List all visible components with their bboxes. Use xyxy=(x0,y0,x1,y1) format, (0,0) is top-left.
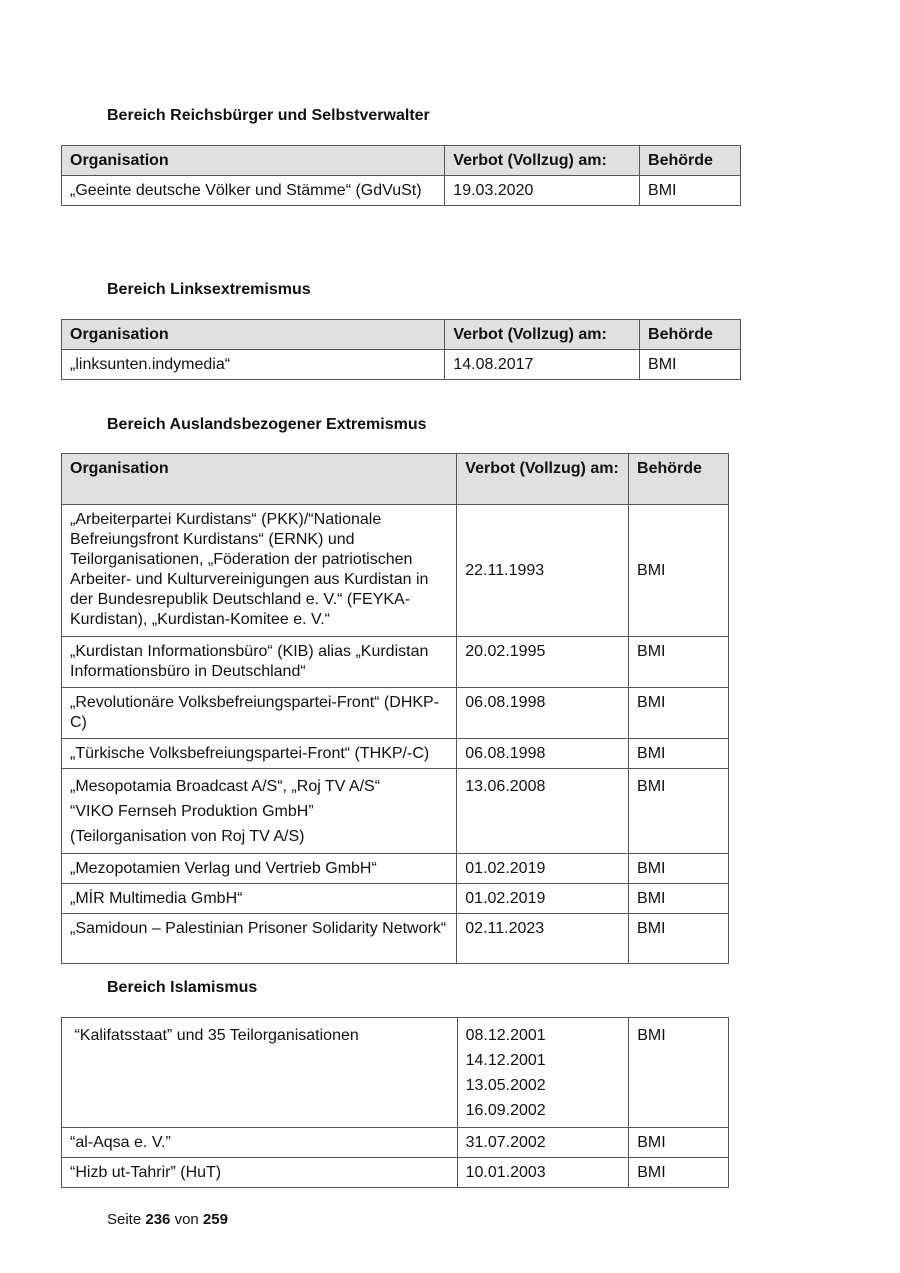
date-line: 16.09.2002 xyxy=(466,1098,621,1123)
cell-organisation: „Geeinte deutsche Völker und Stämme“ (Gd… xyxy=(62,176,445,206)
table-row: „Kurdistan Informationsbüro“ (KIB) alias… xyxy=(62,637,729,688)
cell-organisation: “al-Aqsa e. V.” xyxy=(62,1128,458,1158)
total-page-count: 259 xyxy=(203,1211,228,1228)
cell-authority: BMI xyxy=(629,914,729,964)
cell-organisation: „Revolutionäre Volksbefreiungspartei-Fro… xyxy=(62,688,457,739)
cell-date: 13.06.2008 xyxy=(457,769,629,854)
header-behoerde: Behörde xyxy=(640,320,741,350)
table-header-row: Organisation Verbot (Vollzug) am: Behörd… xyxy=(62,146,741,176)
table-header-row: Organisation Verbot (Vollzug) am: Behörd… xyxy=(62,454,729,505)
table-reichsbuerger: Organisation Verbot (Vollzug) am: Behörd… xyxy=(61,145,741,206)
cell-authority: BMI xyxy=(629,1128,729,1158)
cell-authority: BMI xyxy=(640,350,741,380)
cell-date: 20.02.1995 xyxy=(457,637,629,688)
cell-date: 22.11.1993 xyxy=(457,505,629,637)
cell-date: 06.08.1998 xyxy=(457,688,629,739)
cell-organisation: „MİR Multimedia GmbH“ xyxy=(62,884,457,914)
table-row: “Kalifatsstaat” und 35 Teilorganisatione… xyxy=(62,1018,729,1128)
table-row: „Arbeiterpartei Kurdistans“ (PKK)/“Natio… xyxy=(62,505,729,637)
table-row: „Geeinte deutsche Völker und Stämme“ (Gd… xyxy=(62,176,741,206)
header-behoerde: Behörde xyxy=(629,454,729,505)
cell-authority: BMI xyxy=(640,176,741,206)
cell-organisation: „Kurdistan Informationsbüro“ (KIB) alias… xyxy=(62,637,457,688)
header-verbot: Verbot (Vollzug) am: xyxy=(457,454,629,505)
table-row: „Revolutionäre Volksbefreiungspartei-Fro… xyxy=(62,688,729,739)
cell-date: 01.02.2019 xyxy=(457,884,629,914)
cell-authority: BMI xyxy=(629,505,729,637)
header-organisation: Organisation xyxy=(62,454,457,505)
table-row: „Samidoun – Palestinian Prisoner Solidar… xyxy=(62,914,729,964)
table-row: „linksunten.indymedia“ 14.08.2017 BMI xyxy=(62,350,741,380)
cell-organisation: “Kalifatsstaat” und 35 Teilorganisatione… xyxy=(62,1018,458,1128)
date-line: 08.12.2001 xyxy=(466,1023,621,1048)
header-behoerde: Behörde xyxy=(640,146,741,176)
section-heading-islamismus: Bereich Islamismus xyxy=(107,979,257,997)
footer-prefix: Seite xyxy=(107,1211,141,1228)
table-row: „Mezopotamien Verlag und Vertrieb GmbH“ … xyxy=(62,854,729,884)
cell-organisation: „Samidoun – Palestinian Prisoner Solidar… xyxy=(62,914,457,964)
cell-organisation: „Mezopotamien Verlag und Vertrieb GmbH“ xyxy=(62,854,457,884)
current-page-number: 236 xyxy=(145,1211,170,1228)
table-row: „MİR Multimedia GmbH“ 01.02.2019 BMI xyxy=(62,884,729,914)
cell-organisation: „linksunten.indymedia“ xyxy=(62,350,445,380)
organisation-line: „Mesopotamia Broadcast A/S“, „Roj TV A/S… xyxy=(70,774,448,799)
table-header-row: Organisation Verbot (Vollzug) am: Behörd… xyxy=(62,320,741,350)
table-auslandsbezogen: Organisation Verbot (Vollzug) am: Behörd… xyxy=(61,453,729,964)
header-verbot: Verbot (Vollzug) am: xyxy=(445,146,640,176)
cell-organisation: „Arbeiterpartei Kurdistans“ (PKK)/“Natio… xyxy=(62,505,457,637)
section-heading-linksextremismus: Bereich Linksextremismus xyxy=(107,281,311,299)
cell-date: 19.03.2020 xyxy=(445,176,640,206)
cell-organisation: “Hizb ut-Tahrir” (HuT) xyxy=(62,1158,458,1188)
date-line: 13.05.2002 xyxy=(466,1073,621,1098)
page-footer: Seite 236 von 259 xyxy=(107,1211,228,1228)
table-row: „Türkische Volksbefreiungspartei-Front“ … xyxy=(62,739,729,769)
table-linksextremismus: Organisation Verbot (Vollzug) am: Behörd… xyxy=(61,319,741,380)
header-organisation: Organisation xyxy=(62,146,445,176)
organisation-line: (Teilorganisation von Roj TV A/S) xyxy=(70,824,448,849)
cell-organisation: „Mesopotamia Broadcast A/S“, „Roj TV A/S… xyxy=(62,769,457,854)
cell-date: 10.01.2003 xyxy=(457,1158,629,1188)
table-islamismus: “Kalifatsstaat” und 35 Teilorganisatione… xyxy=(61,1017,729,1188)
cell-authority: BMI xyxy=(629,637,729,688)
table-row: „Mesopotamia Broadcast A/S“, „Roj TV A/S… xyxy=(62,769,729,854)
cell-authority: BMI xyxy=(629,769,729,854)
section-heading-auslandsbezogen: Bereich Auslandsbezogener Extremismus xyxy=(107,416,427,434)
header-verbot: Verbot (Vollzug) am: xyxy=(445,320,640,350)
table-row: “al-Aqsa e. V.” 31.07.2002 BMI xyxy=(62,1128,729,1158)
cell-date: 06.08.1998 xyxy=(457,739,629,769)
cell-dates: 08.12.2001 14.12.2001 13.05.2002 16.09.2… xyxy=(457,1018,629,1128)
header-organisation: Organisation xyxy=(62,320,445,350)
cell-authority: BMI xyxy=(629,884,729,914)
date-line: 14.12.2001 xyxy=(466,1048,621,1073)
cell-date: 31.07.2002 xyxy=(457,1128,629,1158)
cell-authority: BMI xyxy=(629,739,729,769)
cell-date: 01.02.2019 xyxy=(457,854,629,884)
cell-date: 02.11.2023 xyxy=(457,914,629,964)
footer-separator: von xyxy=(175,1211,199,1228)
cell-authority: BMI xyxy=(629,1158,729,1188)
cell-authority: BMI xyxy=(629,854,729,884)
organisation-line: “VIKO Fernseh Produktion GmbH” xyxy=(70,799,448,824)
cell-authority: BMI xyxy=(629,688,729,739)
table-row: “Hizb ut-Tahrir” (HuT) 10.01.2003 BMI xyxy=(62,1158,729,1188)
cell-organisation: „Türkische Volksbefreiungspartei-Front“ … xyxy=(62,739,457,769)
cell-authority: BMI xyxy=(629,1018,729,1128)
cell-date: 14.08.2017 xyxy=(445,350,640,380)
section-heading-reichsbuerger: Bereich Reichsbürger und Selbstverwalter xyxy=(107,107,430,125)
